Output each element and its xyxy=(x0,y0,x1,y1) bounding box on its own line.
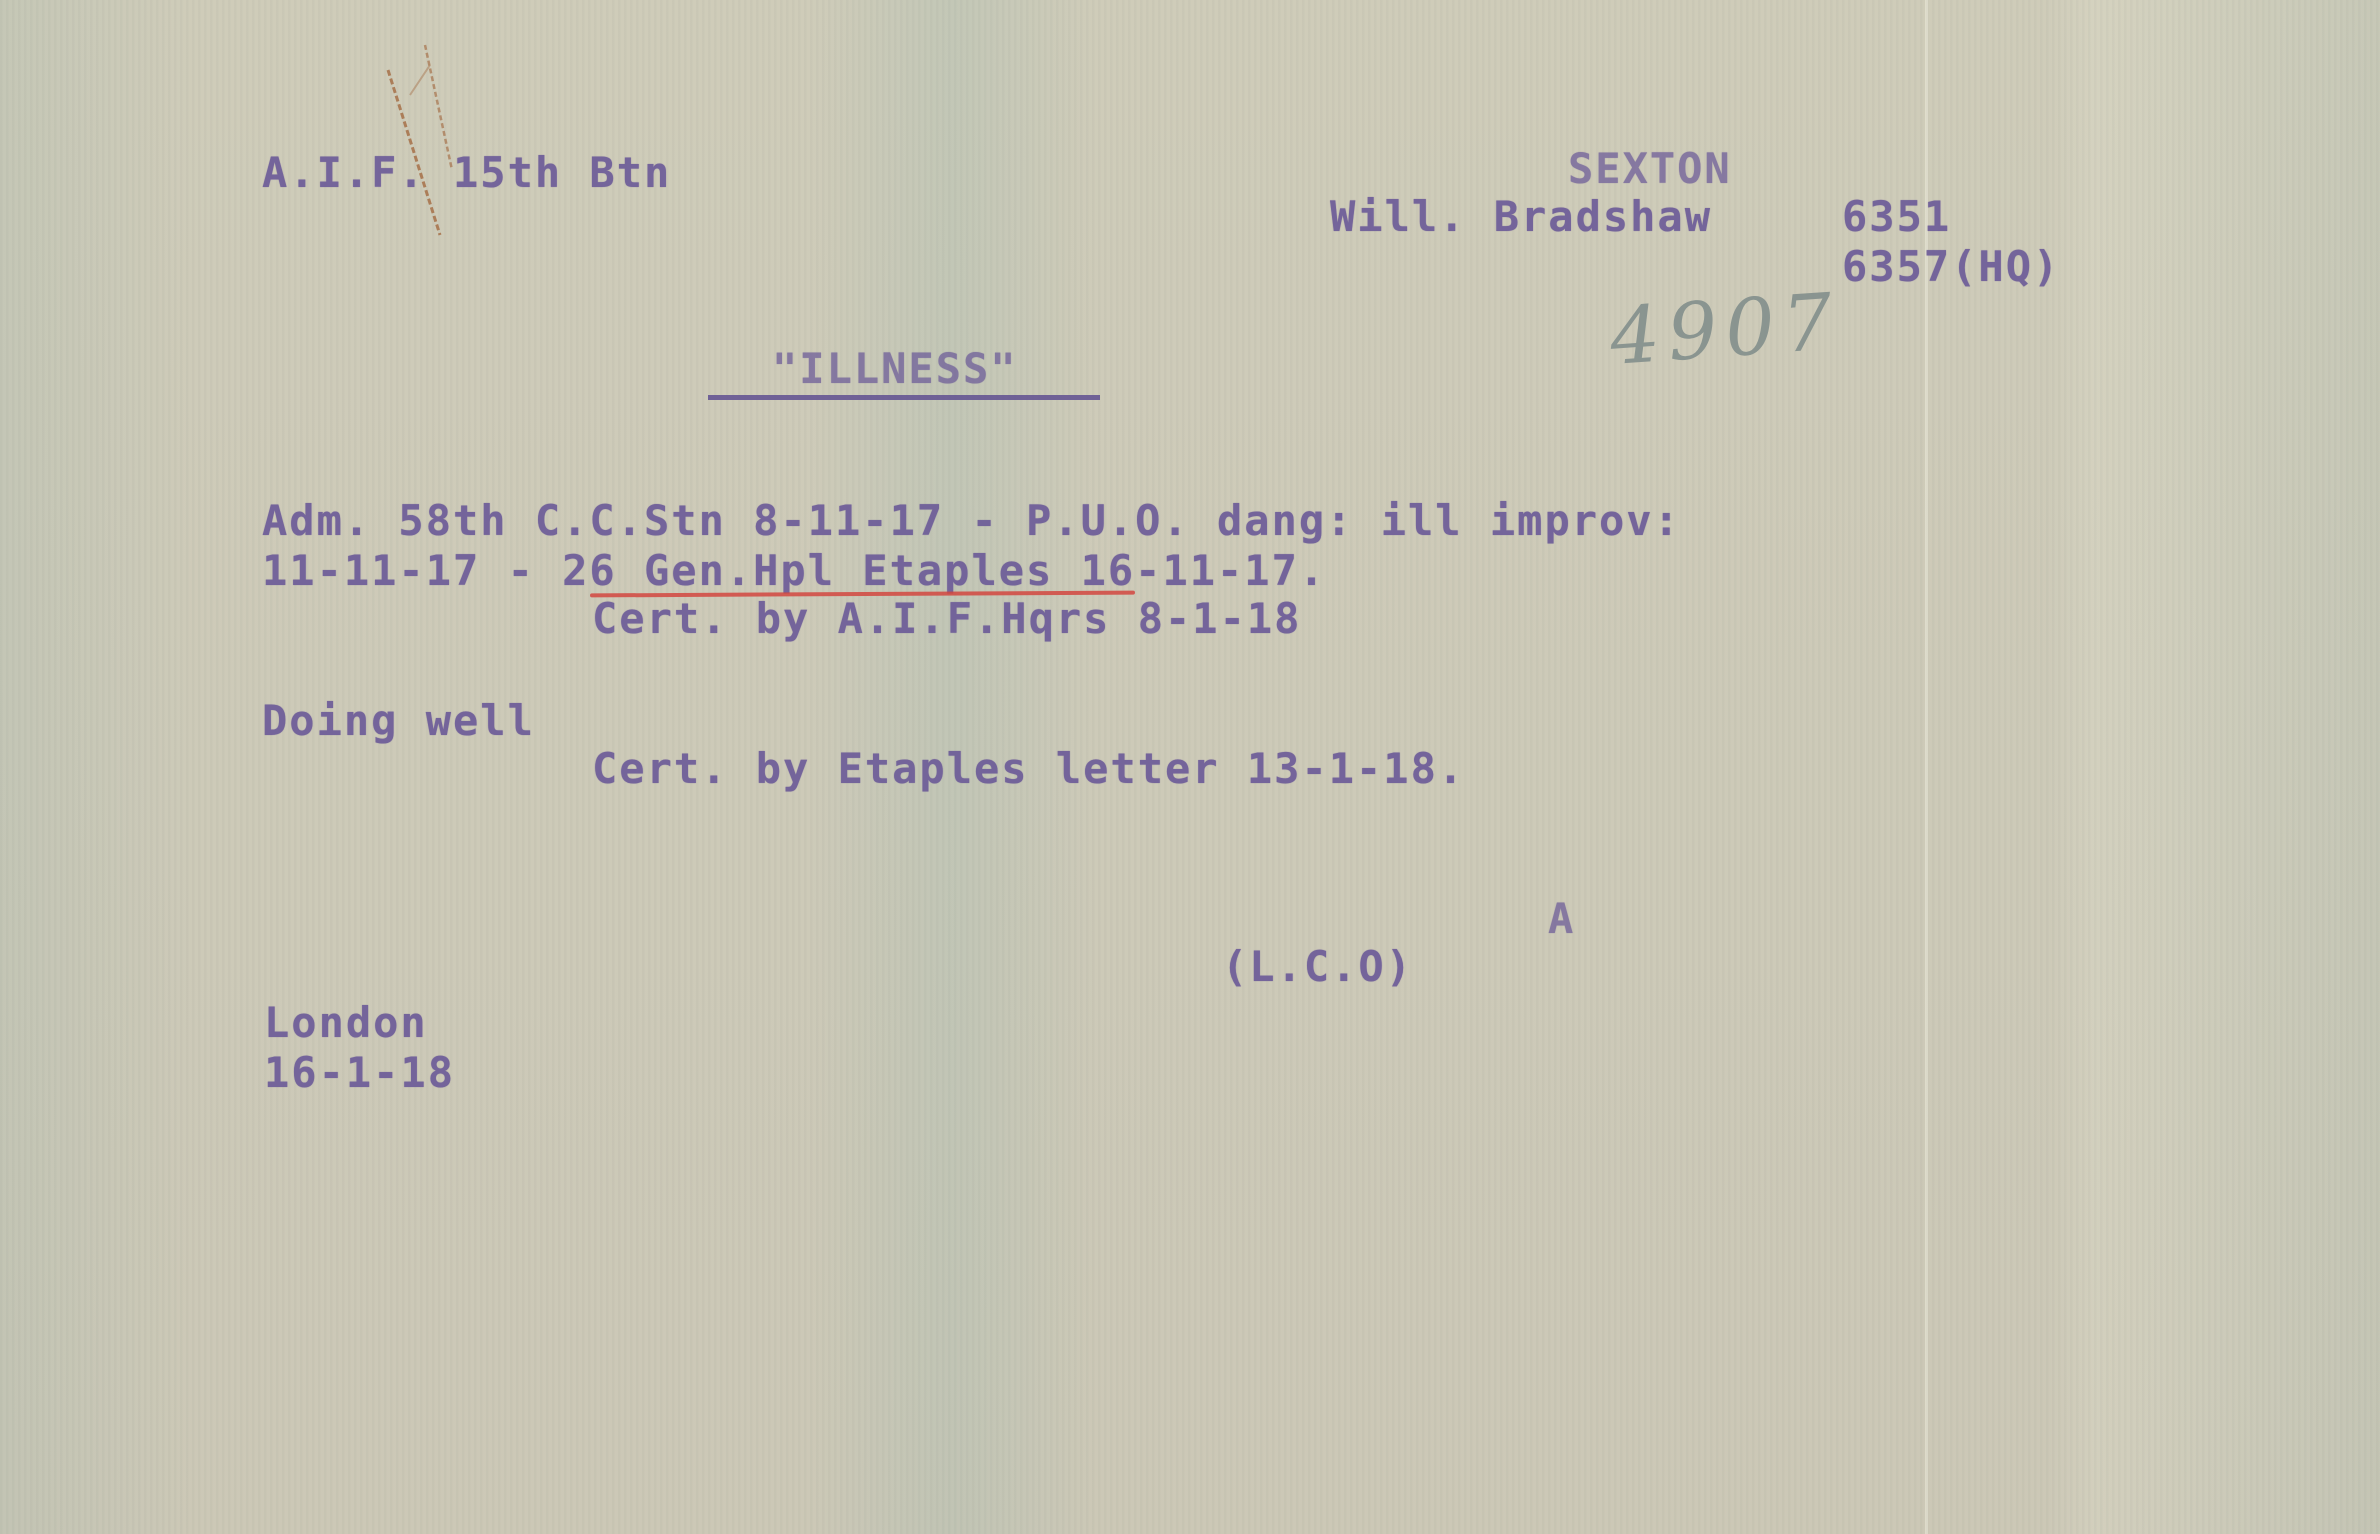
given-names: Will. Bradshaw xyxy=(1330,196,1712,238)
entry-line-2: 11-11-17 - 26 Gen.Hpl Etaples 16-11-17. xyxy=(262,550,1326,592)
surname: SEXTON xyxy=(1568,148,1732,190)
certification-text: Cert. by Etaples letter 13-1-18. xyxy=(592,748,1465,790)
service-number-primary: 6351 xyxy=(1842,196,1951,238)
unit-label: A.I.F. 15th Btn xyxy=(262,152,671,194)
handwritten-file-number: 4907 xyxy=(1607,277,1843,383)
heading-underline xyxy=(708,395,1100,400)
entry-line-1: Adm. 58th C.C.Stn 8-11-17 - P.U.O. dang:… xyxy=(262,500,1681,542)
service-number-hq: 6357(HQ) xyxy=(1842,246,2060,288)
initial-mark: A xyxy=(1548,898,1575,940)
place-label: London xyxy=(264,1002,428,1044)
crayon-tick-mark xyxy=(370,40,470,240)
entry-line-3: Cert. by A.I.F.Hqrs 8-1-18 xyxy=(592,598,1301,640)
office-label: (L.C.O) xyxy=(1222,946,1413,988)
date-label: 16-1-18 xyxy=(264,1052,455,1094)
status-text: Doing well xyxy=(262,700,535,742)
heading-illness: "ILLNESS" xyxy=(772,348,1018,390)
